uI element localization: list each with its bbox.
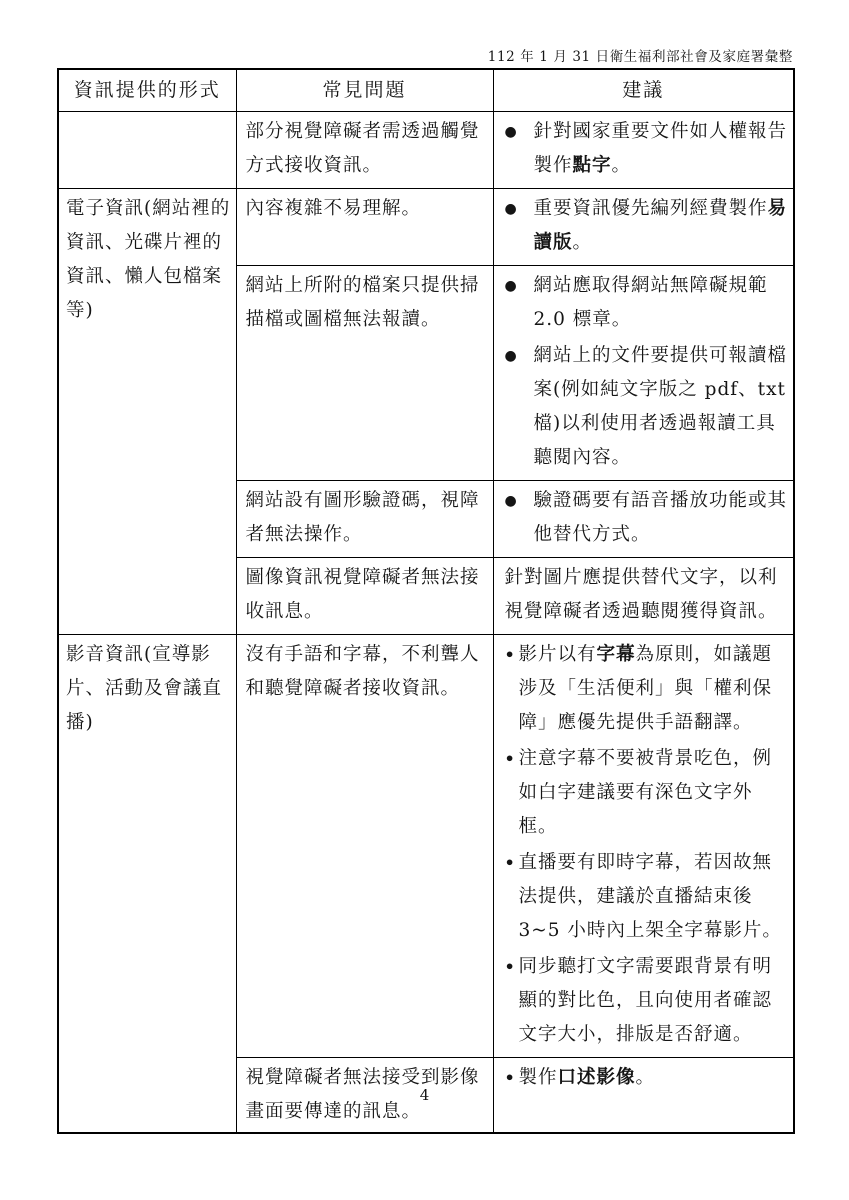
problem-cell: 沒有手語和字幕，不利聾人和聽覺障礙者接收資訊。 [236,634,493,1057]
suggestion-text: 針對國家重要文件如人權報告製作點字。 [534,115,790,183]
suggestion-text: 網站上的文件要提供可報讀檔案(例如純文字版之 pdf、txt 檔)以利使用者透過… [534,339,790,475]
suggestion-item: ●網站上的文件要提供可報讀檔案(例如純文字版之 pdf、txt 檔)以利使用者透… [505,339,790,475]
suggestion-item: •直播要有即時字幕，若因故無法提供，建議於直播結束後 3~5 小時內上架全字幕影… [505,846,790,948]
suggestion-item: •影片以有字幕為原則，如議題涉及「生活便利」與「權利保障」應優先提供手語翻譯。 [505,638,790,740]
suggestion-text: 直播要有即時字幕，若因故無法提供，建議於直播結束後 3~5 小時內上架全字幕影片… [519,846,790,948]
table-row: 電子資訊(網站裡的資訊、光碟片裡的資訊、懶人包檔案等)內容複雜不易理解。●重要資… [58,188,794,265]
suggestion-text: 網站應取得網站無障礙規範 2.0 標章。 [534,269,790,337]
bullet-icon: ● [505,115,534,149]
suggestion-item: ●驗證碼要有語音播放功能或其他替代方式。 [505,484,790,552]
suggestion-cell: ●重要資訊優先編列經費製作易讀版。 [493,188,794,265]
suggestion-item: 針對圖片應提供替代文字，以利視覺障礙者透過聽閱獲得資訊。 [505,561,790,629]
suggestion-cell: ●驗證碼要有語音播放功能或其他替代方式。 [493,480,794,557]
bullet-icon: • [505,742,519,776]
problem-cell: 網站設有圖形驗證碼，視障者無法操作。 [236,480,493,557]
suggestion-cell: ●針對國家重要文件如人權報告製作點字。 [493,111,794,188]
form-cell: 影音資訊(宣導影片、活動及會議直播) [58,634,236,1133]
problem-cell: 內容複雜不易理解。 [236,188,493,265]
suggestion-text: 同步聽打文字需要跟背景有明顯的對比色，且向使用者確認文字大小，排版是否舒適。 [519,950,790,1052]
bullet-icon: • [505,638,519,672]
problem-cell: 網站上所附的檔案只提供掃描檔或圖檔無法報讀。 [236,265,493,480]
bullet-icon: • [505,846,519,880]
form-cell [58,111,236,188]
suggestion-item: ●重要資訊優先編列經費製作易讀版。 [505,192,790,260]
suggestion-text: 重要資訊優先編列經費製作易讀版。 [534,192,790,260]
document-page: { "page": { "header_note": "112 年 1 月 31… [0,0,849,1200]
problem-cell: 部分視覺障礙者需透過觸覺方式接收資訊。 [236,111,493,188]
suggestion-item: •注意字幕不要被背景吃色，例如白字建議要有深色文字外框。 [505,742,790,844]
page-header-note: 112 年 1 月 31 日衛生福利部社會及家庭署彙整 [488,45,793,65]
table-row: 影音資訊(宣導影片、活動及會議直播)沒有手語和字幕，不利聾人和聽覺障礙者接收資訊… [58,634,794,1057]
suggestion-text: 針對圖片應提供替代文字，以利視覺障礙者透過聽閱獲得資訊。 [505,561,790,629]
bullet-icon: ● [505,269,534,303]
suggestion-text: 驗證碼要有語音播放功能或其他替代方式。 [534,484,790,552]
column-header-problem: 常見問題 [236,69,493,111]
suggestion-cell: ●網站應取得網站無障礙規範 2.0 標章。●網站上的文件要提供可報讀檔案(例如純… [493,265,794,480]
suggestion-item: •同步聽打文字需要跟背景有明顯的對比色，且向使用者確認文字大小，排版是否舒適。 [505,950,790,1052]
suggestion-item: ●網站應取得網站無障礙規範 2.0 標章。 [505,269,790,337]
suggestion-text: 注意字幕不要被背景吃色，例如白字建議要有深色文字外框。 [519,742,790,844]
problem-cell: 圖像資訊視覺障礙者無法接收訊息。 [236,557,493,634]
bullet-icon: ● [505,339,534,373]
suggestion-cell: 針對圖片應提供替代文字，以利視覺障礙者透過聽閱獲得資訊。 [493,557,794,634]
bullet-icon: • [505,950,519,984]
accessibility-table: 資訊提供的形式 常見問題 建議 部分視覺障礙者需透過觸覺方式接收資訊。●針對國家… [57,68,795,1134]
suggestion-item: ●針對國家重要文件如人權報告製作點字。 [505,115,790,183]
suggestion-cell: •影片以有字幕為原則，如議題涉及「生活便利」與「權利保障」應優先提供手語翻譯。•… [493,634,794,1057]
suggestion-text: 影片以有字幕為原則，如議題涉及「生活便利」與「權利保障」應優先提供手語翻譯。 [519,638,790,740]
column-header-form: 資訊提供的形式 [58,69,236,111]
bullet-icon: ● [505,484,534,518]
table-header-row: 資訊提供的形式 常見問題 建議 [58,69,794,111]
page-number: 4 [0,1086,849,1104]
table-body: 部分視覺障礙者需透過觸覺方式接收資訊。●針對國家重要文件如人權報告製作點字。電子… [58,111,794,1133]
bullet-icon: ● [505,192,534,226]
column-header-suggestion: 建議 [493,69,794,111]
form-cell: 電子資訊(網站裡的資訊、光碟片裡的資訊、懶人包檔案等) [58,188,236,634]
table-row: 部分視覺障礙者需透過觸覺方式接收資訊。●針對國家重要文件如人權報告製作點字。 [58,111,794,188]
